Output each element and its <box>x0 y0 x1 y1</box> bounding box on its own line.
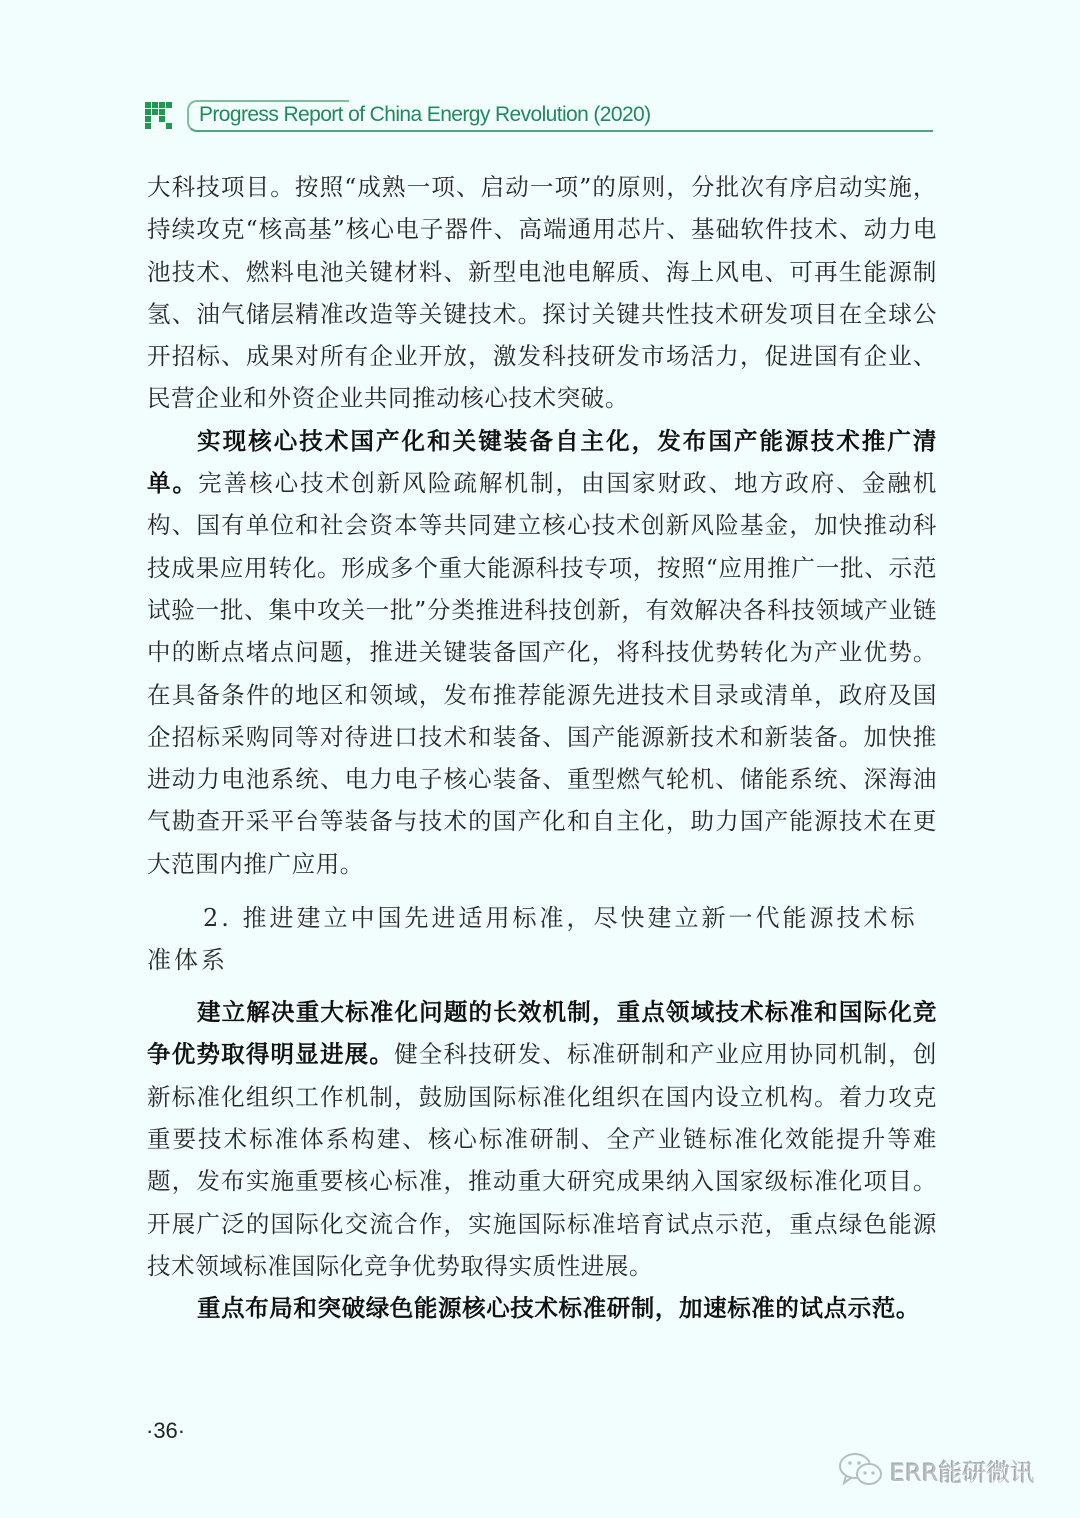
header-rule <box>195 130 933 132</box>
paragraph-4-bold: 重点布局和突破绿色能源核心技术标准研制，加速标准的试点示范。 <box>197 1294 920 1322</box>
header-title-frame: Progress Report of China Energy Revoluti… <box>187 100 933 130</box>
paragraph-1: 大科技项目。按照“成熟一项、启动一项”的原则，分批次有序启动实施，持续攻克“核高… <box>147 166 937 420</box>
page-number: ·36· <box>146 1418 185 1444</box>
wechat-icon <box>838 1452 884 1488</box>
watermark: ERR能研微讯 <box>838 1452 1035 1488</box>
paragraph-4: 重点布局和突破绿色能源核心技术标准研制，加速标准的试点示范。 <box>147 1287 937 1329</box>
running-header: Progress Report of China Energy Revoluti… <box>145 100 935 134</box>
watermark-text: ERR能研微讯 <box>890 1453 1035 1488</box>
paragraph-3-text: 健全科技研发、标准研制和产业应用协同机制，创新标准化组织工作机制，鼓励国际标准化… <box>147 1040 937 1279</box>
paragraph-1-text: 大科技项目。按照“成熟一项、启动一项”的原则，分批次有序启动实施，持续攻克“核高… <box>147 173 937 412</box>
page-body: 大科技项目。按照“成熟一项、启动一项”的原则，分批次有序启动实施，持续攻克“核高… <box>147 166 937 1329</box>
paragraph-2: 实现核心技术国产化和关键装备自主化，发布国产能源技术推广清单。完善核心技术创新风… <box>147 420 937 885</box>
paragraph-2-text: 完善核心技术创新风险疏解机制，由国家财政、地方政府、金融机构、国有单位和社会资本… <box>147 469 937 878</box>
paragraph-3: 建立解决重大标准化问题的长效机制，重点领域技术标准和国际化竞争优势取得明显进展。… <box>147 991 937 1287</box>
header-title: Progress Report of China Energy Revoluti… <box>199 103 651 127</box>
section-heading: 2. 推进建立中国先进适用标准，尽快建立新一代能源技术标准体系 <box>147 897 937 981</box>
pixel-grid-logo-icon <box>145 102 175 132</box>
